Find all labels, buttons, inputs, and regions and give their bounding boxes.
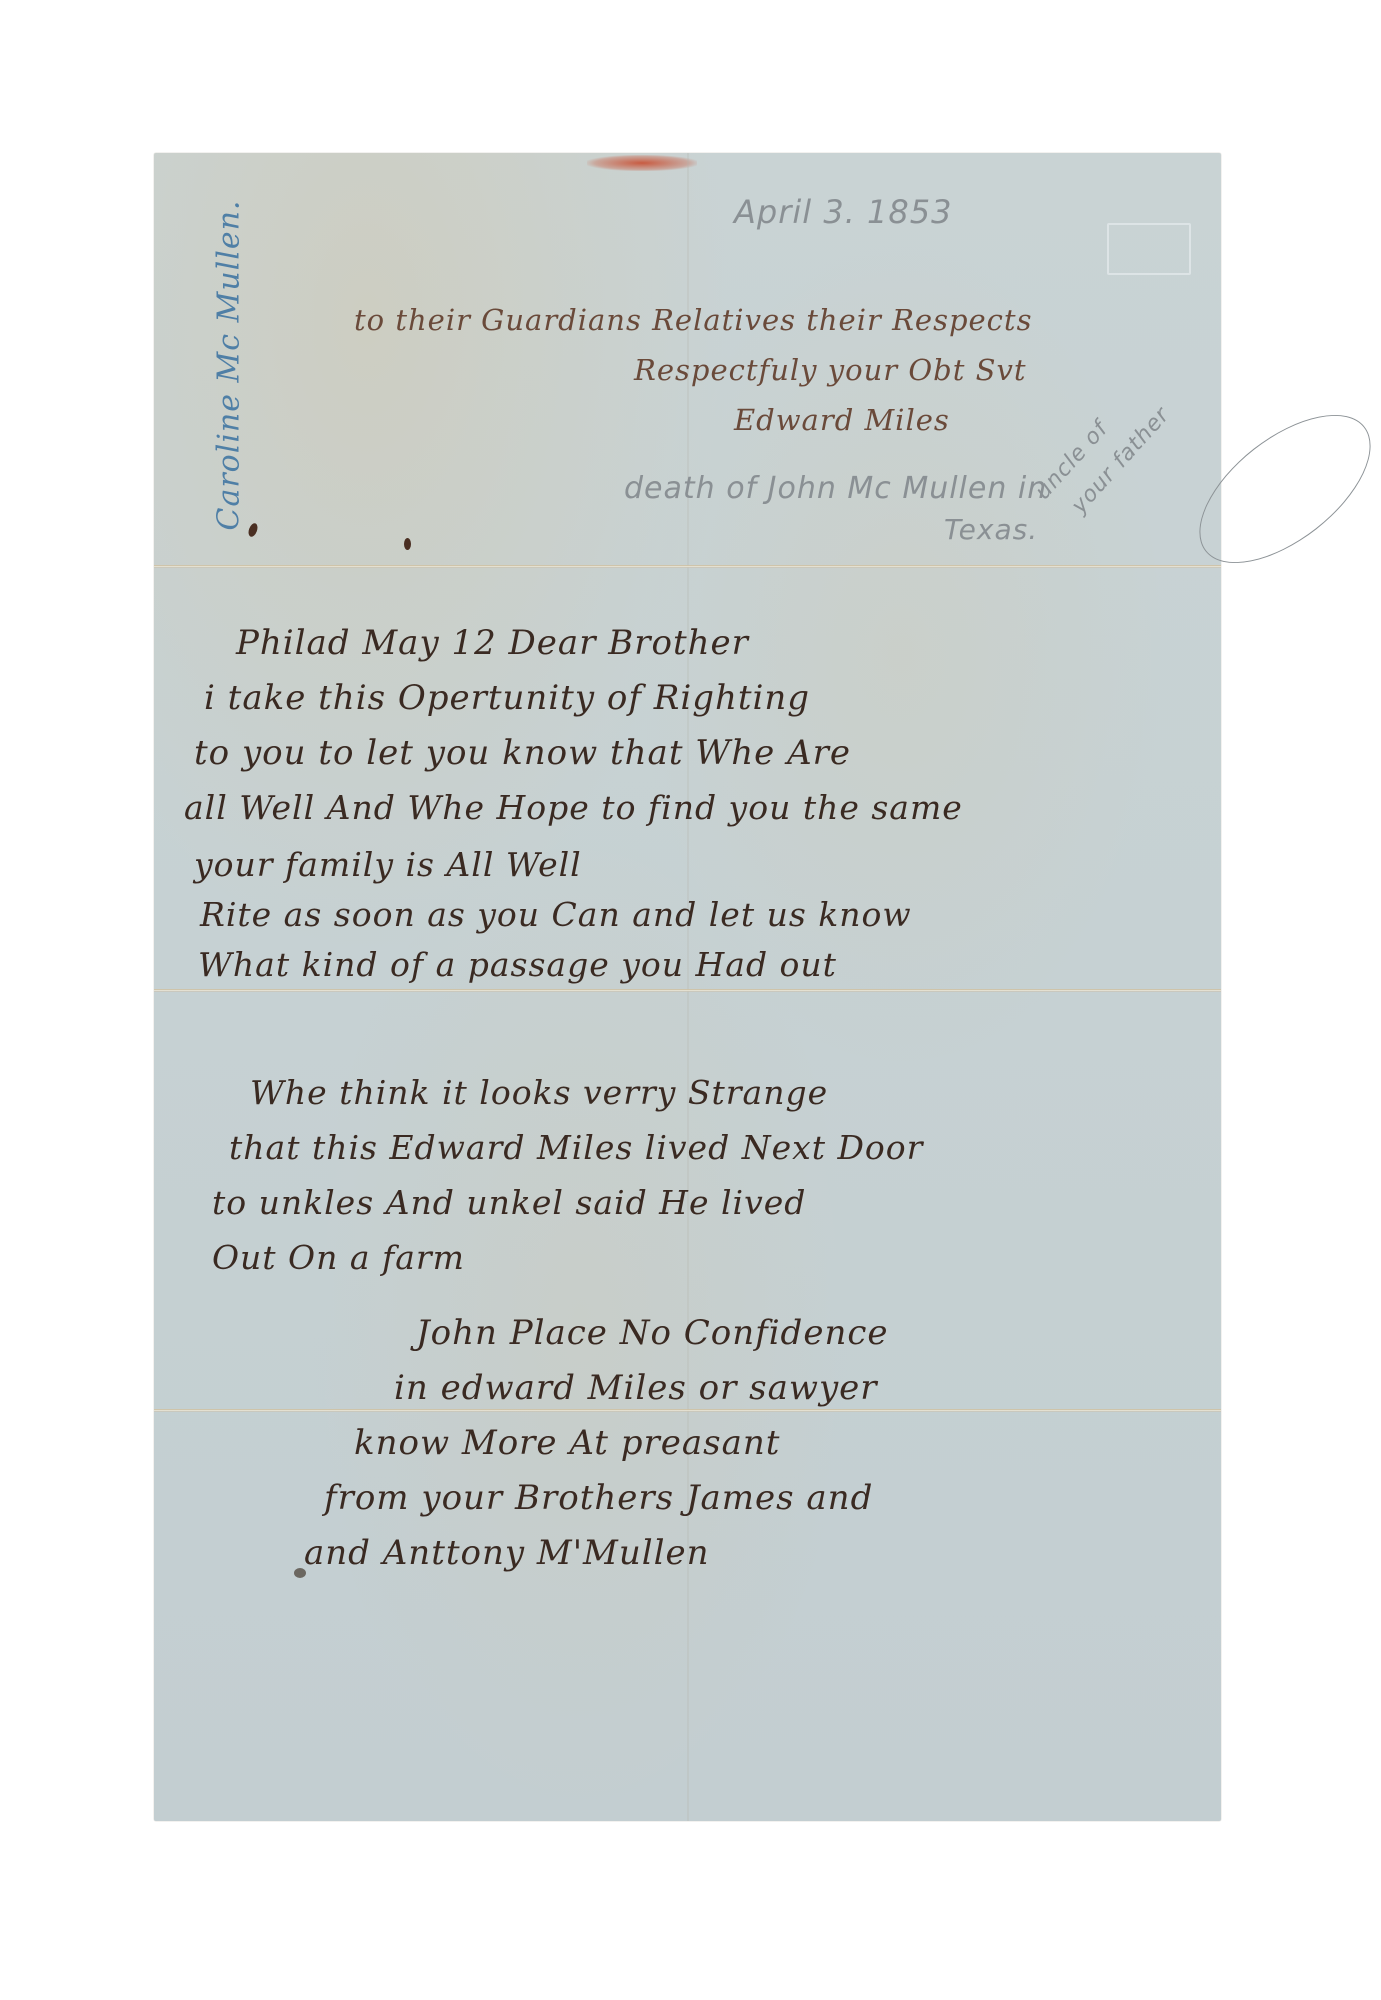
header-signature: Edward Miles bbox=[734, 403, 950, 437]
closing-signature: and Anttony M'Mullen bbox=[304, 1533, 710, 1573]
pencil-note-line-2: Texas. bbox=[944, 513, 1038, 546]
letter-line: Rite as soon as you Can and let us know bbox=[200, 895, 912, 934]
letter-paper: Caroline Mc Mullen. April 3. 1853 to the… bbox=[154, 153, 1221, 1821]
letter-line: that this Edward Miles lived Next Door bbox=[229, 1128, 923, 1167]
fold-line-1 bbox=[154, 565, 1221, 568]
embossed-stationer-mark bbox=[1107, 223, 1191, 275]
closing-line: know More At preasant bbox=[354, 1423, 780, 1463]
letter-line: your family is All Well bbox=[194, 845, 582, 884]
ink-speck bbox=[294, 1568, 306, 1578]
margin-note-caroline-mcmullen: Caroline Mc Mullen. bbox=[212, 191, 247, 531]
wax-seal-remnant bbox=[587, 155, 697, 171]
letter-line: Whe think it looks verry Strange bbox=[250, 1073, 828, 1112]
letter-line: to unkles And unkel said He lived bbox=[212, 1183, 806, 1222]
letter-line: i take this Opertunity of Righting bbox=[204, 678, 810, 718]
letter-line: all Well And Whe Hope to find you the sa… bbox=[184, 788, 963, 827]
fold-line-2 bbox=[154, 989, 1221, 992]
ink-blot bbox=[404, 538, 411, 550]
letter-line: to you to let you know that Whe Are bbox=[194, 733, 851, 773]
letter-line: Out On a farm bbox=[212, 1238, 465, 1277]
closing-line: from your Brothers James and bbox=[324, 1478, 873, 1518]
letter-line: Philad May 12 Dear Brother bbox=[236, 623, 749, 663]
pencil-oval bbox=[1174, 387, 1381, 592]
letter-line: John Place No Confidence bbox=[416, 1313, 889, 1353]
pencil-note-line-1: death of John Mc Mullen in bbox=[624, 471, 1047, 506]
letter-line: What kind of a passage you Had out bbox=[198, 945, 837, 984]
letter-line: in edward Miles or sawyer bbox=[394, 1368, 878, 1408]
ink-blot bbox=[247, 522, 259, 538]
header-line-2: Respectfuly your Obt Svt bbox=[634, 353, 1027, 387]
fold-line-3 bbox=[154, 1409, 1221, 1412]
pencil-date: April 3. 1853 bbox=[734, 193, 952, 231]
header-line-1: to their Guardians Relatives their Respe… bbox=[354, 303, 1032, 337]
